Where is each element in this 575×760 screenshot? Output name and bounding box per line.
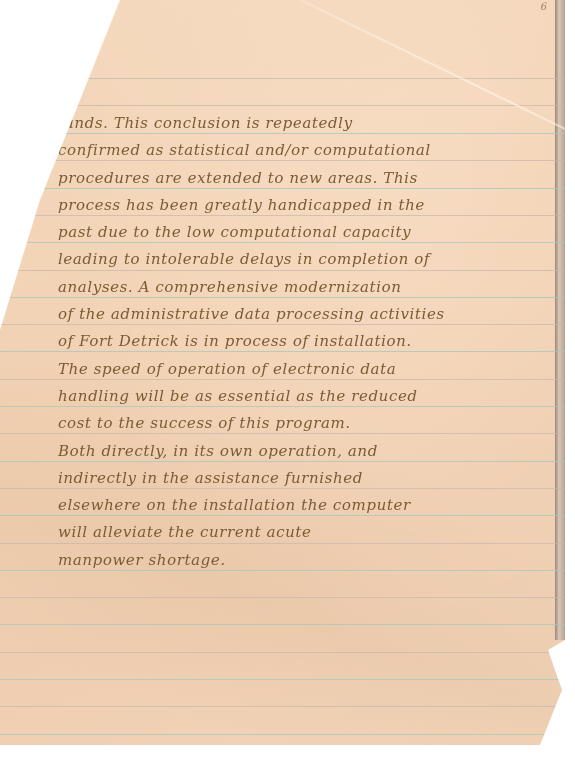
rule-line <box>0 105 565 106</box>
handwritten-line: procedures are extended to new areas. Th… <box>58 165 548 192</box>
page-edge <box>555 0 565 640</box>
handwritten-body: funds. This conclusion is repeatedlyconf… <box>58 110 548 574</box>
handwritten-line: manpower shortage. <box>58 547 548 574</box>
handwritten-line: confirmed as statistical and/or computat… <box>58 137 548 164</box>
handwritten-line: past due to the low computational capaci… <box>58 219 548 246</box>
handwritten-line: will alleviate the current acute <box>58 519 548 546</box>
handwritten-line: of the administrative data processing ac… <box>58 301 548 328</box>
handwritten-line: indirectly in the assistance furnished <box>58 465 548 492</box>
handwritten-line: funds. This conclusion is repeatedly <box>58 110 548 137</box>
rule-line <box>0 734 565 735</box>
rule-line <box>0 597 565 598</box>
handwritten-line: elsewhere on the installation the comput… <box>58 492 548 519</box>
handwritten-line: of Fort Detrick is in process of install… <box>58 328 548 355</box>
handwritten-line: analyses. A comprehensive modernization <box>58 274 548 301</box>
rule-line <box>0 78 565 79</box>
handwritten-line: The speed of operation of electronic dat… <box>58 356 548 383</box>
handwritten-line: leading to intolerable delays in complet… <box>58 246 548 273</box>
handwritten-line: Both directly, in its own operation, and <box>58 438 548 465</box>
handwritten-line: process has been greatly handicapped in … <box>58 192 548 219</box>
page-number: 6 <box>541 2 547 13</box>
handwritten-line: handling will be as essential as the red… <box>58 383 548 410</box>
rule-line <box>0 624 565 625</box>
handwritten-line: cost to the success of this program. <box>58 410 548 437</box>
rule-line <box>0 679 565 680</box>
rule-line <box>0 652 565 653</box>
rule-line <box>0 706 565 707</box>
notebook-page: 6 funds. This conclusion is repeatedlyco… <box>0 0 565 745</box>
